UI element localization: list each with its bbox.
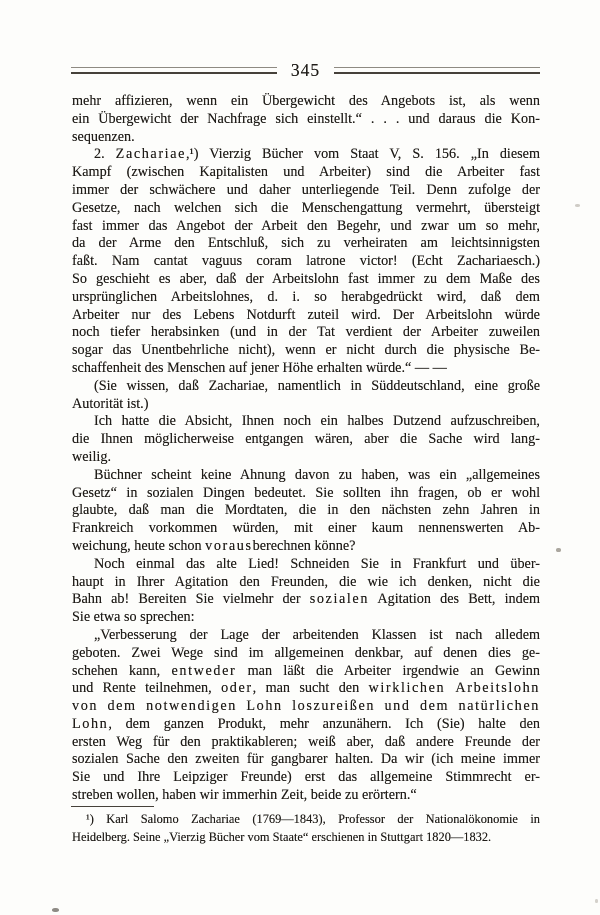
paragraph: 2. Zachariae,¹) Vierzig Bücher vom Staat… bbox=[72, 146, 540, 377]
text-line: 2. Zachariae,¹) Vierzig Bücher vom Staat… bbox=[72, 146, 540, 164]
paragraph: Ich hatte die Absicht, Ihnen noch ein ha… bbox=[72, 413, 540, 466]
paragraph-indent bbox=[72, 567, 94, 568]
text-line: ein Übergewicht der Nachfrage sich einst… bbox=[72, 111, 540, 129]
text-line: noch tiefer herabsinken (und in der Tat … bbox=[72, 324, 540, 342]
letterspaced-text: wirklichen Arbeitslohn bbox=[369, 680, 540, 696]
letterspaced-text: von dem notwendigen Lohn loszureißen und… bbox=[72, 698, 540, 714]
paragraph-indent bbox=[72, 389, 94, 390]
text-line: faßt. Nam cantat vaguus coram latrone vi… bbox=[72, 253, 540, 271]
text-line: schaffenheit des Menschen auf jener Höhe… bbox=[72, 360, 540, 378]
paragraph: „Verbesserung der Lage der arbeitenden K… bbox=[72, 627, 540, 805]
paragraph-indent bbox=[72, 478, 94, 479]
text-line: sogar das Unentbehrliche nicht), wenn er… bbox=[72, 342, 540, 360]
text-line: Kampf (zwischen Kapitalisten und Arbeite… bbox=[72, 164, 540, 182]
text-line: (Sie wissen, daß Zachariae, namentlich i… bbox=[72, 378, 540, 396]
text-line: Sie und Ihre Leipziger Freunde) erst das… bbox=[72, 769, 540, 787]
text-line: Bahn ab! Bereiten Sie vielmehr der sozia… bbox=[72, 591, 540, 609]
paragraph-indent bbox=[72, 424, 94, 425]
text-line: schehen kann, entweder man läßt die Arbe… bbox=[72, 663, 540, 681]
paragraph: (Sie wissen, daß Zachariae, namentlich i… bbox=[72, 378, 540, 414]
scanned-book-page: 345 mehr affizieren, wenn ein Übergewich… bbox=[0, 0, 600, 915]
body-text: mehr affizieren, wenn ein Übergewicht de… bbox=[72, 93, 540, 805]
header-rule-right bbox=[334, 67, 540, 74]
letterspaced-text: oder bbox=[221, 680, 253, 696]
letterspaced-text: Zachariae bbox=[116, 146, 186, 162]
paragraph-indent bbox=[72, 638, 94, 639]
scan-speck bbox=[575, 204, 580, 207]
text-line: die Ihnen möglicherweise entgangen wären… bbox=[72, 431, 540, 449]
footnote-separator-rule bbox=[71, 806, 154, 807]
text-line: glaubte, daß man die Mordtaten, die in d… bbox=[72, 502, 540, 520]
letterspaced-text: sozialen bbox=[310, 591, 369, 607]
text-line: „Verbesserung der Lage der arbeitenden K… bbox=[72, 627, 540, 645]
text-line: weilig. bbox=[72, 449, 540, 467]
text-line: haupt in Ihrer Agitation den Freunden, d… bbox=[72, 574, 540, 592]
page-number: 345 bbox=[277, 61, 334, 80]
text-line: sequenzen. bbox=[72, 129, 540, 147]
text-line: Ich hatte die Absicht, Ihnen noch ein ha… bbox=[72, 413, 540, 431]
text-line: mehr affizieren, wenn ein Übergewicht de… bbox=[72, 93, 540, 111]
text-line: Gesetz“ in sozialen Dingen bedeutet. Sie… bbox=[72, 485, 540, 503]
text-line: Büchner scheint keine Ahnung davon zu ha… bbox=[72, 467, 540, 485]
text-line: da der Arme den Entschluß, sich zu verhe… bbox=[72, 235, 540, 253]
text-line: streben wollen, haben wir immerhin Zeit,… bbox=[72, 787, 540, 805]
page-header: 345 bbox=[71, 61, 540, 80]
text-line: Sie etwa so sprechen: bbox=[72, 609, 540, 627]
scan-speck bbox=[52, 908, 59, 912]
scan-speck bbox=[595, 899, 598, 903]
paragraph: ¹) Karl Salomo Zachariae (1769—1843), Pr… bbox=[72, 810, 540, 846]
scan-speck bbox=[556, 548, 561, 552]
text-line: Frankreich vorkommen würden, mit einer k… bbox=[72, 520, 540, 538]
text-line: Noch einmal das alte Lied! Schneiden Sie… bbox=[72, 556, 540, 574]
paragraph: mehr affizieren, wenn ein Übergewicht de… bbox=[72, 93, 540, 146]
letterspaced-text: Lohn bbox=[72, 716, 108, 732]
letterspaced-text: entweder bbox=[172, 663, 237, 679]
header-rule-left bbox=[71, 67, 277, 74]
text-line: und Rente teilnehmen, oder, man sucht de… bbox=[72, 680, 540, 698]
text-line: weichung, heute schon vorausberechnen kö… bbox=[72, 538, 540, 556]
text-line: Autorität ist.) bbox=[72, 396, 540, 414]
footnote-text: ¹) Karl Salomo Zachariae (1769—1843), Pr… bbox=[72, 810, 540, 846]
paragraph-indent bbox=[72, 822, 86, 823]
text-line: ersten Weg für den praktikableren; weiß … bbox=[72, 734, 540, 752]
text-line: Arbeiter nur des Lebens Notdurft zuteil … bbox=[72, 307, 540, 325]
text-line: ¹) Karl Salomo Zachariae (1769—1843), Pr… bbox=[72, 810, 540, 828]
letterspaced-text: voraus bbox=[205, 538, 252, 554]
text-line: fast immer das Angebot der Arbeit den Be… bbox=[72, 218, 540, 236]
text-line: Heidelberg. Seine „Vierzig Bücher vom St… bbox=[72, 828, 540, 846]
text-line: Gesetze, nach welchen sich die Menscheng… bbox=[72, 200, 540, 218]
text-line: immer der schwächere und daher unterlieg… bbox=[72, 182, 540, 200]
text-line: So geschieht es aber, daß der Arbeitsloh… bbox=[72, 271, 540, 289]
paragraph-indent bbox=[72, 157, 94, 158]
text-line: geboten. Zwei Wege sind im allgemeinen d… bbox=[72, 645, 540, 663]
paragraph: Noch einmal das alte Lied! Schneiden Sie… bbox=[72, 556, 540, 627]
text-line: von dem notwendigen Lohn loszureißen und… bbox=[72, 698, 540, 716]
text-line: sozialen Sache den zweiten für gangbarer… bbox=[72, 751, 540, 769]
paragraph: Büchner scheint keine Ahnung davon zu ha… bbox=[72, 467, 540, 556]
text-line: ursprünglichen Arbeitslohnes, d. i. so h… bbox=[72, 289, 540, 307]
text-line: Lohn, dem ganzen Produkt, mehr anzunäher… bbox=[72, 716, 540, 734]
